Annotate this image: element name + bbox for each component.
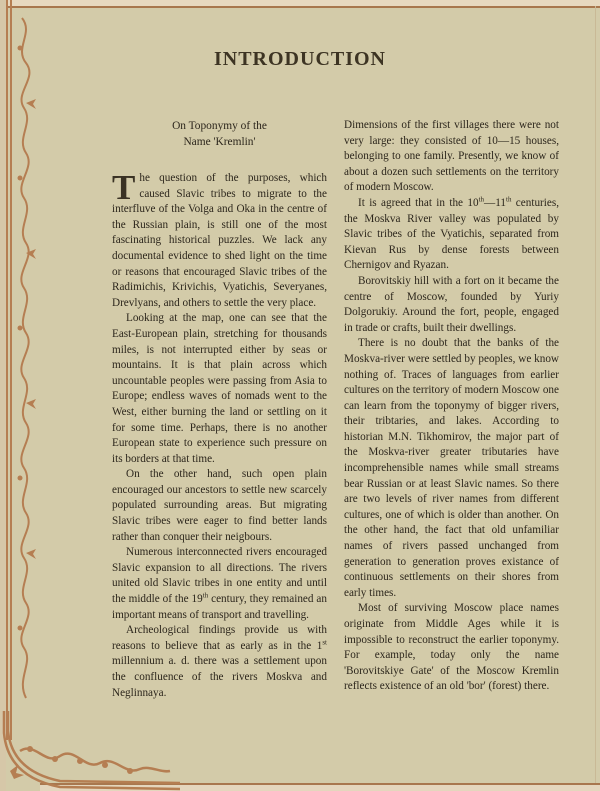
paragraph: The question of the purposes, which caus… xyxy=(112,171,327,311)
right-column: Dimensions of the first villages there w… xyxy=(344,118,559,695)
drop-cap: T xyxy=(112,173,135,202)
border-line xyxy=(6,0,8,740)
subtitle-line: Name 'Kremlin' xyxy=(112,134,327,150)
page-border-top xyxy=(0,0,600,8)
paragraph: Dimensions of the first villages there w… xyxy=(344,118,559,196)
paragraph: Numerous interconnected rivers encourage… xyxy=(112,545,327,623)
page-title: INTRODUCTION xyxy=(0,48,600,71)
floral-ornament-icon xyxy=(12,8,42,708)
paragraph: Looking at the map, one can see that the… xyxy=(112,311,327,467)
paragraph: On the other hand, such open plain encou… xyxy=(112,467,327,545)
paragraph: Borovitskiy hill with a fort on it becam… xyxy=(344,274,559,336)
corner-ornament-icon xyxy=(0,711,180,791)
subtitle-line: On Toponymy of the xyxy=(112,118,327,134)
paragraph: It is agreed that in the 10th—11th centu… xyxy=(344,196,559,274)
section-subtitle: On Toponymy of the Name 'Kremlin' xyxy=(112,118,327,150)
paragraph: There is no doubt that the banks of the … xyxy=(344,336,559,601)
paragraph: Most of surviving Moscow place names ori… xyxy=(344,601,559,695)
paragraph: Archeological findings provide us with r… xyxy=(112,623,327,701)
document-page: INTRODUCTION On Toponymy of the Name 'Kr… xyxy=(0,0,600,791)
left-column: On Toponymy of the Name 'Kremlin' The qu… xyxy=(112,118,327,701)
page-border-right xyxy=(595,6,596,785)
